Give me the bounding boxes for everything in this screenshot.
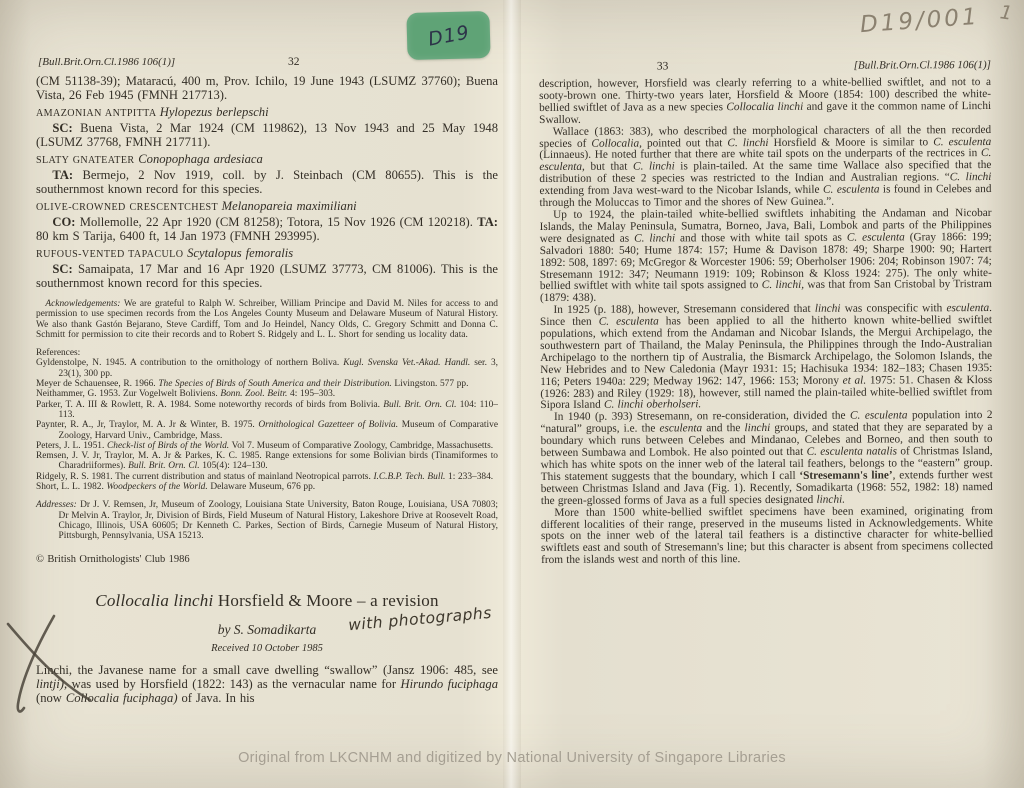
text-segment: Buena Vista, 2 Mar 1924 (CM 119862), 13 …	[36, 121, 498, 149]
text-segment: C. esculenta	[850, 410, 908, 422]
text-segment: and the	[702, 422, 744, 434]
text-block: In 1940 (p. 393) Stresemann, on re-consi…	[540, 410, 992, 507]
text-segment: C. linchi oberholseri.	[604, 399, 701, 411]
text-block: Up to 1924, the plain-tailed white-belli…	[540, 208, 992, 305]
text-segment: RUFOUS-VENTED TAPACULO	[36, 249, 187, 260]
text-segment: esculenta	[946, 302, 989, 314]
text-block: (CM 51138-39); Mataracú, 400 m, Prov. Ic…	[36, 74, 498, 102]
text-block: Paynter, R. A., Jr, Traylor, M. A. Jr & …	[36, 420, 498, 441]
text-segment: CO:	[52, 215, 75, 229]
text-segment: C. linchi	[950, 171, 992, 183]
text-segment: Linchi, the Javanese name for a small ca…	[36, 663, 498, 677]
text-segment: C. esculenta natalis	[807, 446, 897, 458]
text-block: © British Ornithologists' Club 1986	[36, 553, 498, 567]
article-received-date: Received 10 October 1985	[36, 643, 498, 654]
text-segment: C. linchi	[633, 161, 675, 173]
text-segment: Kugl. Svenska Vet.-Akad. Handl.	[343, 358, 470, 368]
text-segment: Collocalia linchi	[95, 591, 213, 610]
digitization-watermark: Original from LKCNHM and digitized by Na…	[0, 750, 1024, 766]
text-segment: Short, L. L. 1982.	[36, 482, 106, 492]
green-archive-sticker: D19	[406, 11, 490, 60]
text-segment: linchi	[815, 303, 841, 315]
text-segment: Horsfield & Moore – a revision	[213, 591, 438, 610]
text-segment: Collocalia	[591, 137, 639, 149]
text-segment: Check-list of Birds of the World.	[107, 441, 229, 451]
text-segment: was conspecific with	[841, 302, 947, 314]
text-segment: Dr J. V. Remsen, Jr, Museum of Zoology, …	[59, 500, 498, 541]
text-segment: Bonn. Zool. Beitr.	[220, 389, 287, 399]
article-start: Collocalia linchi Horsfield & Moore – a …	[36, 591, 498, 705]
right-page: 33 [Bull.Brit.Orn.Cl.1986 106(1)] descri…	[539, 59, 993, 567]
text-segment: Peters, J. L. 1951.	[36, 441, 107, 451]
text-segment: Meyer de Schauensee, R. 1966.	[36, 379, 158, 389]
text-segment: Hylopezus berlepschi	[160, 105, 269, 119]
text-segment: Acknowledgements:	[45, 299, 120, 309]
text-block: AMAZONIAN ANTPITTA Hylopezus berlepschi	[36, 105, 498, 121]
text-segment: and those with white tail spots as	[675, 231, 847, 244]
text-segment: Neithammer, G. 1953. Zur Vogelwelt Boliv…	[36, 389, 220, 399]
text-segment: TA:	[52, 168, 73, 182]
text-segment: Scytalopus femoralis	[187, 246, 293, 260]
text-block: Peters, J. L. 1951. Check-list of Birds …	[36, 441, 498, 451]
text-segment: SC:	[52, 262, 72, 276]
text-segment: The Species of Birds of South America an…	[158, 379, 391, 389]
text-segment: Conopophaga ardesiaca	[138, 152, 263, 166]
text-segment: 4: 195–303.	[287, 389, 335, 399]
text-segment: Hirundo fuciphaga	[400, 677, 498, 691]
left-page-body: (CM 51138-39); Mataracú, 400 m, Prov. Ic…	[36, 74, 498, 567]
text-segment: C. linchi,	[762, 279, 804, 291]
text-segment: linchi	[745, 422, 771, 434]
right-page-header: 33 [Bull.Brit.Orn.Cl.1986 106(1)]	[539, 59, 991, 77]
text-segment: C. esculenta	[847, 231, 905, 243]
text-segment: © British Ornithologists' Club 1986	[36, 554, 190, 565]
text-block: Remsen, J. V. Jr, Traylor, M. A. Jr & Pa…	[36, 451, 498, 472]
text-block: SC: Samaipata, 17 Mar and 16 Apr 1920 (L…	[36, 262, 498, 290]
text-segment: Bermejo, 2 Nov 1919, coll. by J. Steinba…	[36, 168, 498, 196]
text-segment: 105(4): 124–130.	[200, 461, 268, 471]
text-segment: C. esculenta	[599, 316, 659, 328]
text-segment: et al.	[843, 374, 867, 386]
journal-citation-left: [Bull.Brit.Orn.Cl.1986 106(1)]	[38, 56, 175, 68]
text-block: Wallace (1863: 383), who described the m…	[539, 125, 991, 210]
text-segment: Livingston. 577 pp.	[392, 379, 469, 389]
text-block: Parker, T. A. III & Rowlett, R. A. 1984.…	[36, 400, 498, 421]
text-block: CO: Mollemolle, 22 Apr 1920 (CM 81258); …	[36, 215, 498, 243]
text-segment: 1: 233–384.	[445, 472, 493, 482]
left-page: [Bull.Brit.Orn.Cl.1986 106(1)] 32 (CM 51…	[36, 56, 498, 705]
text-segment: Bull. Brit. Orn. Cl.	[128, 461, 199, 471]
text-block: In 1925 (p. 188), however, Stresemann co…	[540, 303, 992, 412]
text-segment: Paynter, R. A., Jr, Traylor, M. A. Jr & …	[36, 420, 258, 430]
text-segment: AMAZONIAN ANTPITTA	[36, 108, 160, 119]
text-block: description, however, Horsfield was clea…	[539, 77, 991, 127]
text-segment: C. linchi	[634, 232, 675, 244]
text-segment: OLIVE-CROWNED CRESCENTCHEST	[36, 202, 222, 213]
page-number-32: 32	[288, 56, 300, 68]
text-segment: , but that	[582, 161, 633, 173]
article-first-paragraph: Linchi, the Javanese name for a small ca…	[36, 663, 498, 705]
text-segment: References:	[36, 348, 80, 358]
text-segment: of Java. In his	[178, 691, 255, 705]
text-segment: Woodpeckers of the World.	[106, 482, 207, 492]
text-block: SLATY GNATEATER Conopophaga ardesiaca	[36, 152, 498, 168]
text-segment: TA:	[477, 215, 498, 229]
text-segment: Ornithological Gazetteer of Bolivia.	[258, 420, 398, 430]
text-segment: C. esculenta	[823, 184, 880, 196]
text-segment: linchi.	[816, 493, 845, 505]
text-segment: (CM 51138-39); Mataracú, 400 m, Prov. Ic…	[36, 74, 498, 102]
text-block: TA: Bermejo, 2 Nov 1919, coll. by J. Ste…	[36, 168, 498, 196]
handwritten-x-mark-icon	[0, 608, 100, 724]
text-block: OLIVE-CROWNED CRESCENTCHEST Melanopareia…	[36, 199, 498, 215]
text-segment: Addresses:	[36, 500, 77, 510]
text-segment: Collocalia linchi	[726, 101, 803, 113]
article-title: Collocalia linchi Horsfield & Moore – a …	[36, 591, 498, 611]
text-segment: Mollemolle, 22 Apr 1920 (CM 81258); Toto…	[75, 215, 477, 229]
text-segment: More than 1500 white-bellied swiftlet sp…	[541, 505, 993, 567]
text-block: Neithammer, G. 1953. Zur Vogelwelt Boliv…	[36, 389, 498, 399]
text-block: SC: Buena Vista, 2 Mar 1924 (CM 119862),…	[36, 121, 498, 149]
book-spine-fold	[503, 0, 521, 788]
text-segment: I.C.B.P. Tech. Bull.	[373, 472, 445, 482]
text-segment: Gyldenstolpe, N. 1945. A contribution to…	[36, 358, 343, 368]
text-segment: C. linchi	[727, 137, 768, 149]
text-segment: Horsfield & Moore is similar to	[769, 136, 934, 149]
text-block: Ridgely, R. S. 1981. The current distrib…	[36, 472, 498, 482]
journal-citation-right: [Bull.Brit.Orn.Cl.1986 106(1)]	[854, 59, 991, 72]
text-segment: ‘Stresemann's line’	[799, 469, 892, 481]
text-block: RUFOUS-VENTED TAPACULO Scytalopus femora…	[36, 246, 498, 262]
text-segment: SC:	[52, 121, 72, 135]
text-segment: C. esculenta	[933, 136, 991, 148]
sticker-label: D19	[426, 21, 471, 50]
text-segment: Ridgely, R. S. 1981. The current distrib…	[36, 472, 373, 482]
text-segment: Samaipata, 17 Mar and 16 Apr 1920 (LSUMZ…	[36, 262, 498, 290]
text-block: Acknowledgements: We are grateful to Ral…	[36, 299, 498, 340]
text-segment: Bull. Brit. Orn. Cl.	[383, 400, 456, 410]
text-block: Gyldenstolpe, N. 1945. A contribution to…	[36, 358, 498, 379]
text-segment: Parker, T. A. III & Rowlett, R. A. 1984.…	[36, 400, 383, 410]
text-segment: was used by Horsfield (1822: 143) as the…	[67, 677, 400, 691]
text-block: Short, L. L. 1982. Woodpeckers of the Wo…	[36, 482, 498, 492]
text-block: More than 1500 white-bellied swiftlet sp…	[541, 506, 993, 568]
text-block: Addresses: Dr J. V. Remsen, Jr, Museum o…	[36, 500, 498, 541]
text-block: References:	[36, 348, 498, 358]
page-number-33: 33	[657, 60, 669, 72]
text-segment: , pointed out that	[639, 137, 727, 149]
text-segment: 80 km S Tarija, 6400 ft, 14 Jan 1973 (FM…	[36, 229, 320, 243]
right-page-body: description, however, Horsfield was clea…	[539, 77, 993, 567]
text-block: Meyer de Schauensee, R. 1966. The Specie…	[36, 379, 498, 389]
text-segment: Vol 7. Museum of Comparative Zoology, Ca…	[229, 441, 493, 451]
text-segment: esculenta	[659, 423, 702, 435]
text-segment: Melanopareia maximiliani	[222, 199, 357, 213]
text-segment: SLATY GNATEATER	[36, 155, 138, 166]
text-segment: Delaware Museum, 676 pp.	[208, 482, 315, 492]
